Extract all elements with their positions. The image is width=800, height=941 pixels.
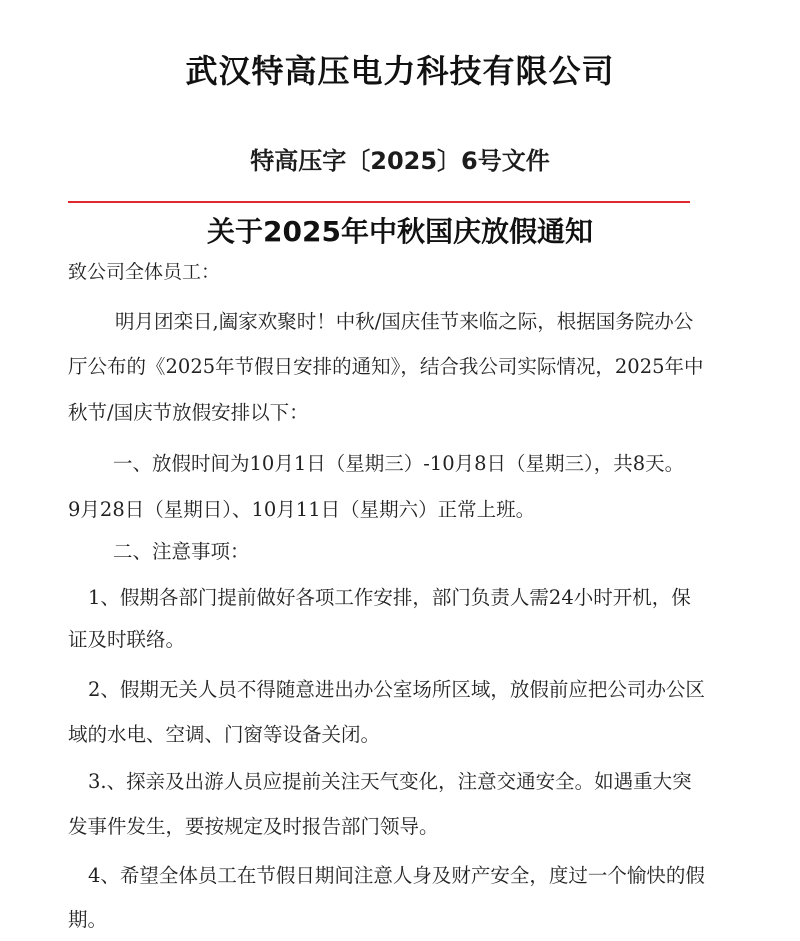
salutation: 致公司全体员工： xyxy=(68,260,220,284)
item-1-line-1: 1、假期各部门提前做好各项工作安排，部门负责人需24小时开机，保 xyxy=(88,586,691,610)
document-number: 特高压字〔2025〕6号文件 xyxy=(0,141,800,176)
item-3-line-1: 3.、探亲及出游人员应提前关注天气变化，注意交通安全。如遇重大突 xyxy=(88,770,692,794)
item-2-line-1: 2、假期无关人员不得随意进出办公室场所区域，放假前应把公司办公区 xyxy=(88,678,705,702)
notice-title: 关于2025年中秋国庆放假通知 xyxy=(0,210,800,250)
item-1-line-2: 证及时联络。 xyxy=(68,628,185,652)
red-divider-line xyxy=(68,201,690,203)
item-3-line-2: 发事件发生，要按规定及时报告部门领导。 xyxy=(68,815,439,839)
item-4-line-1: 4、希望全体员工在节假日期间注意人身及财产安全，度过一个愉快的假 xyxy=(88,864,705,888)
item-2-line-2: 域的水电、空调、门窗等设备关闭。 xyxy=(68,723,380,747)
intro-line-2: 厅公布的《2025年节假日安排的通知》，结合我公司实际情况，2025年中 xyxy=(68,355,704,379)
intro-line-1: 明月团栾日,阖家欢聚时！中秋/国庆佳节来临之际，根据国务院办公 xyxy=(115,310,693,334)
intro-line-3: 秋节/国庆节放假安排以下： xyxy=(68,401,309,425)
notice-document: 武汉特高压电力科技有限公司 特高压字〔2025〕6号文件 关于2025年中秋国庆… xyxy=(0,0,800,941)
section1-line-2: 9月28日（星期日）、10月11日（星期六）正常上班。 xyxy=(68,498,535,522)
company-name: 武汉特高压电力科技有限公司 xyxy=(0,46,800,92)
section1-line-1: 一、放假时间为10月1日（星期三）-10月8日（星期三），共8天。 xyxy=(113,452,684,476)
item-4-line-2: 期。 xyxy=(68,908,107,932)
section2-heading: 二、注意事项： xyxy=(113,540,250,564)
